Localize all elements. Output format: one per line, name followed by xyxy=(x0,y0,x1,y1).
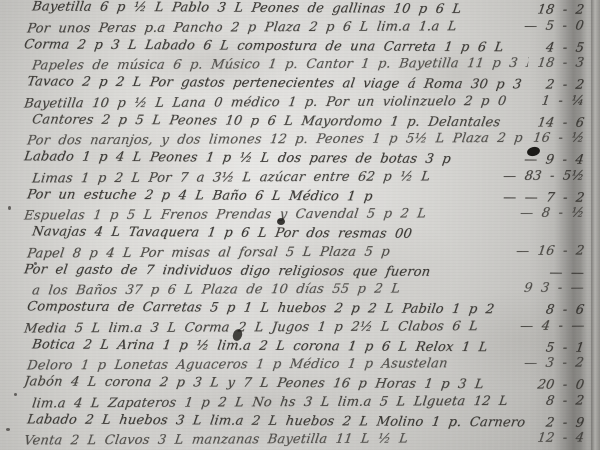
ledger-line-amount: — 5 - 0 xyxy=(523,17,585,36)
paper-speck xyxy=(14,393,17,396)
ledger-line-amount: 8 - 2 xyxy=(535,392,586,411)
ledger-line-text: Bayetilla 10 p ½ L Lana 0 médico 1 p. Po… xyxy=(23,93,530,114)
ledger-line-amount: 16 - ½ xyxy=(532,130,586,149)
ledger-line-amount: 18 - 3 xyxy=(535,55,586,74)
ledger-line-amount: 12 - 4 xyxy=(535,430,586,449)
handwritten-ledger-lines: Bayetilla 6 p ½ L Pablo 3 L Peones de ga… xyxy=(0,0,600,450)
ledger-line-text: Limas 1 p 2 L Por 7 a 3½ L azúcar entre … xyxy=(31,168,497,189)
ledger-line-text: Navajas 4 L Tavaquera 1 p 6 L Por dos re… xyxy=(31,223,530,245)
paper-speck xyxy=(34,262,37,265)
ledger-line-text: Jabón 4 L corona 2 p 3 L y 7 L Peones 16… xyxy=(23,373,530,395)
ledger-line-amount: 1 - ¼ xyxy=(535,92,586,111)
ledger-line-amount: — 4 - — xyxy=(518,317,585,336)
ledger-line-text: Compostura de Carretas 5 p 1 L huebos 2 … xyxy=(26,298,530,320)
ink-blot xyxy=(277,218,285,225)
ledger-line-text: Papel 8 p 4 L Por misas al forsal 5 L Pl… xyxy=(26,243,509,264)
ledger-line-amount: — 16 - 2 xyxy=(515,242,586,261)
ledger-line-text: Por un estuche 2 p 4 L Baño 6 L Médico 1… xyxy=(26,186,496,208)
manuscript-ledger-page: Bayetilla 6 p ½ L Pablo 3 L Peones de ga… xyxy=(0,0,600,450)
ledger-line: Venta 2 L Clavos 3 L manzanas Bayetilla … xyxy=(0,430,600,450)
ledger-line-text: Venta 2 L Clavos 3 L manzanas Bayetilla … xyxy=(23,430,530,450)
ledger-line-text: Por unos Peras p.a Pancho 2 p Plaza 2 p … xyxy=(26,18,518,39)
ledger-line-text: Bayetilla 6 p ½ L Pablo 3 L Peones de ga… xyxy=(31,0,530,20)
ledger-line-text: Labado 1 p 4 L Peones 1 p ½ L dos pares … xyxy=(23,148,518,170)
ledger-line-amount: — 83 - 5½ xyxy=(502,167,586,186)
ledger-line-text: Tavaco 2 p 2 L Por gastos pertenecientes… xyxy=(26,73,530,95)
ledger-line-text: lim.a 4 L Zapateros 1 p 2 L No hs 3 L li… xyxy=(31,393,530,414)
paper-speck xyxy=(6,428,10,431)
paper-speck xyxy=(8,206,11,210)
ledger-line-amount: 9 3 - — xyxy=(523,280,585,299)
ledger-line-amount: — 3 - 2 xyxy=(523,355,585,374)
ledger-line-amount: — 8 - ½ xyxy=(519,205,586,224)
ledger-line-text: Media 5 L lim.a 3 L Corma 2 L Jugos 1 p … xyxy=(23,318,513,339)
